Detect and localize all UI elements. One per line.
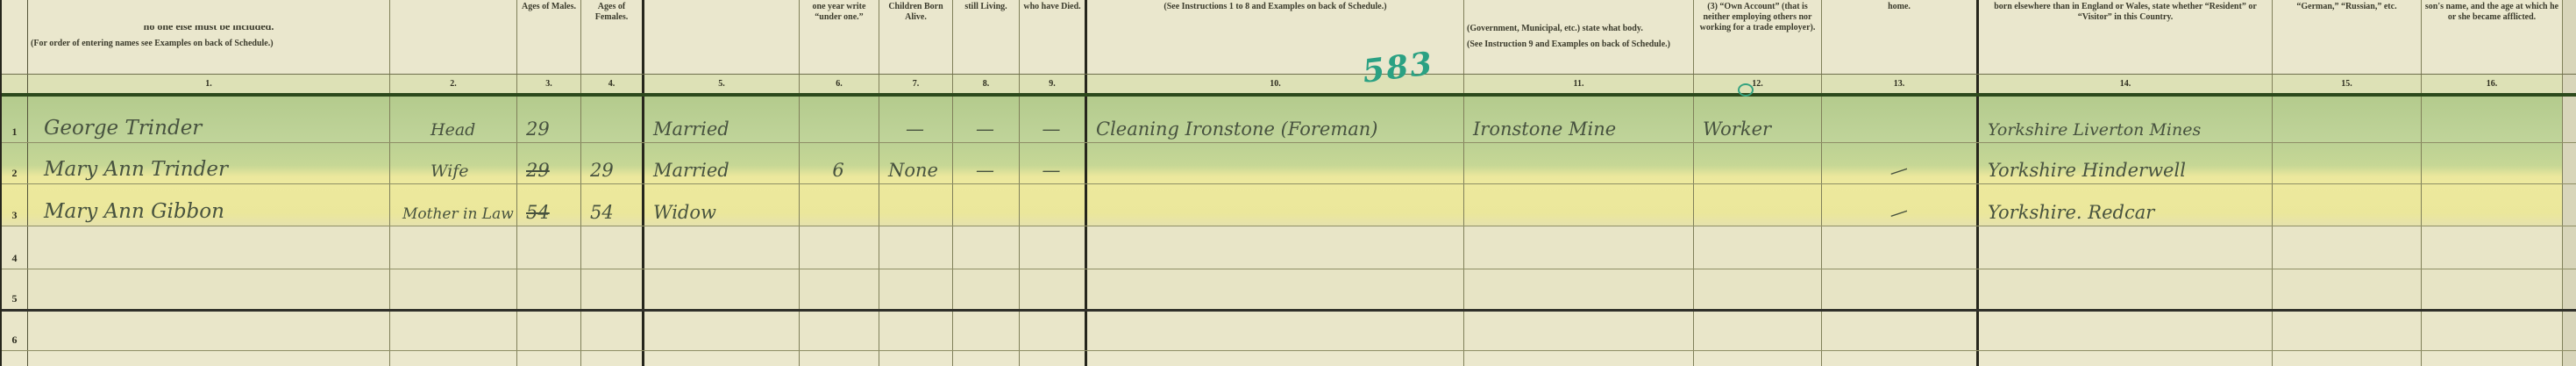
years-married-cell bbox=[800, 97, 879, 142]
birthplace-cell: Yorkshire. Redcar bbox=[1979, 184, 2273, 226]
relation-cell bbox=[390, 312, 517, 350]
name-cell bbox=[28, 312, 390, 350]
colnum-6: 6. bbox=[800, 75, 879, 93]
header-age-females: Ages of Females. bbox=[581, 0, 644, 74]
marital-cell bbox=[644, 226, 800, 269]
page-edge bbox=[2563, 143, 2576, 183]
at-home-cell bbox=[1822, 226, 1979, 269]
industry-cell bbox=[1464, 269, 1694, 309]
marital-cell bbox=[644, 269, 800, 309]
row-number: 6 bbox=[2, 312, 28, 350]
nationality-cell bbox=[2273, 269, 2422, 309]
pen-tick: — bbox=[1886, 199, 1910, 225]
infirmity-cell bbox=[2422, 312, 2563, 350]
children-living-cell bbox=[953, 312, 1020, 350]
years-married-cell bbox=[800, 184, 879, 226]
occupation-cell bbox=[1087, 226, 1464, 269]
colnum-13: 13. bbox=[1822, 75, 1979, 93]
relation-cell bbox=[390, 351, 517, 366]
children-died-cell bbox=[1020, 312, 1087, 350]
years-married-cell: 6 bbox=[800, 143, 879, 183]
at-home-cell: — bbox=[1822, 143, 1979, 183]
employment-cell bbox=[1694, 184, 1822, 226]
nationality-cell bbox=[2273, 351, 2422, 366]
occupation-cell bbox=[1087, 143, 1464, 183]
children-living-cell: — bbox=[953, 143, 1020, 183]
age-females-cell bbox=[581, 226, 644, 269]
header-years-married: one year write “under one.” bbox=[800, 0, 879, 74]
colnum-9: 9. bbox=[1020, 75, 1087, 93]
children-living-cell bbox=[953, 226, 1020, 269]
industry-cell: Ironstone Mine bbox=[1464, 97, 1694, 142]
marital-cell bbox=[644, 351, 800, 366]
relation-cell bbox=[390, 226, 517, 269]
colnum-16: 16. bbox=[2422, 75, 2563, 93]
age-females-cell bbox=[581, 312, 644, 350]
header-nationality: “German,” “Russian,” etc. bbox=[2273, 0, 2422, 74]
page-edge bbox=[2563, 0, 2576, 74]
colnum-5: 5. bbox=[644, 75, 800, 93]
years-married-cell bbox=[800, 269, 879, 309]
nationality-cell bbox=[2273, 97, 2422, 142]
colnum-4: 4. bbox=[581, 75, 644, 93]
colnum-15: 15. bbox=[2273, 75, 2422, 93]
name-cell bbox=[28, 269, 390, 309]
infirmity-cell bbox=[2422, 184, 2563, 226]
name-cell bbox=[28, 226, 390, 269]
census-row-4: 4 bbox=[2, 226, 2576, 269]
checkmark-circle-annotation bbox=[1738, 83, 1754, 97]
age-females-cell: 29 bbox=[581, 143, 644, 183]
occupation-cell bbox=[1087, 351, 1464, 366]
census-row-7-partial bbox=[2, 351, 2576, 366]
page-edge bbox=[2563, 351, 2576, 366]
children-living-cell bbox=[953, 269, 1020, 309]
children-died-cell bbox=[1020, 184, 1087, 226]
page-edge bbox=[2563, 75, 2576, 93]
birthplace-cell bbox=[1979, 351, 2273, 366]
age-males-cell: 29 bbox=[517, 143, 581, 183]
colnum-11: 11. bbox=[1464, 75, 1694, 93]
at-home-cell bbox=[1822, 97, 1979, 142]
infirmity-cell bbox=[2422, 97, 2563, 142]
struck-age: 29 bbox=[526, 160, 550, 181]
page-edge bbox=[2563, 312, 2576, 350]
page-edge bbox=[2563, 97, 2576, 142]
name-cell: Mary Ann Trinder bbox=[28, 143, 390, 183]
header-at-home: home. bbox=[1822, 0, 1979, 74]
relation-cell: Head bbox=[390, 97, 517, 142]
colnum-8: 8. bbox=[953, 75, 1020, 93]
relation-cell: Wife bbox=[390, 143, 517, 183]
children-died-cell bbox=[1020, 269, 1087, 309]
relation-cell bbox=[390, 269, 517, 309]
children-died-cell: — bbox=[1020, 143, 1087, 183]
children-born-cell: — bbox=[879, 97, 953, 142]
column-number-row: 1. 2. 3. 4. 5. 6. 7. 8. 9. 10. 11. 12. 1… bbox=[2, 74, 2576, 97]
pen-tick: — bbox=[1886, 157, 1910, 183]
years-married-cell bbox=[800, 226, 879, 269]
infirmity-cell bbox=[2422, 226, 2563, 269]
birthplace-cell bbox=[1979, 269, 2273, 309]
children-born-cell bbox=[879, 351, 953, 366]
years-married-cell bbox=[800, 351, 879, 366]
employment-cell bbox=[1694, 269, 1822, 309]
header-birthplace: born elsewhere than in England or Wales,… bbox=[1979, 0, 2273, 74]
age-males-cell: 29 bbox=[517, 97, 581, 142]
header-industry-text-2: (See Instruction 9 and Examples on back … bbox=[1467, 39, 1670, 50]
occupation-cell: Cleaning Ironstone (Foreman) bbox=[1087, 97, 1464, 142]
colnum-1: 1. bbox=[28, 75, 390, 93]
children-died-cell bbox=[1020, 351, 1087, 366]
colnum-7: 7. bbox=[879, 75, 953, 93]
children-died-cell: — bbox=[1020, 97, 1087, 142]
header-row: no one else must be included. (For order… bbox=[2, 0, 2576, 74]
birthplace-cell bbox=[1979, 226, 2273, 269]
colnum-2: 2. bbox=[390, 75, 517, 93]
clipped-instruction-text: no one else must be included. bbox=[31, 25, 387, 32]
census-row-5: 5 bbox=[2, 269, 2576, 312]
industry-cell bbox=[1464, 184, 1694, 226]
census-schedule-page: 583 no one else must be included. (For o… bbox=[0, 0, 2576, 366]
age-males-cell bbox=[517, 226, 581, 269]
page-edge bbox=[2563, 226, 2576, 269]
age-males-cell bbox=[517, 269, 581, 309]
nationality-cell bbox=[2273, 226, 2422, 269]
page-edge bbox=[2563, 184, 2576, 226]
employment-cell bbox=[1694, 143, 1822, 183]
birthplace-cell: Yorkshire Hinderwell bbox=[1979, 143, 2273, 183]
header-occupation-text: (See Instructions 1 to 8 and Examples on… bbox=[1163, 2, 1386, 12]
header-marital bbox=[644, 0, 800, 74]
header-relation bbox=[390, 0, 517, 74]
birthplace-cell: Yorkshire Liverton Mines bbox=[1979, 97, 2273, 142]
marital-cell: Married bbox=[644, 97, 800, 142]
page-edge bbox=[2563, 269, 2576, 309]
header-children-born: Children Born Alive. bbox=[879, 0, 953, 74]
colnum-3: 3. bbox=[517, 75, 581, 93]
children-born-cell bbox=[879, 184, 953, 226]
at-home-cell: — bbox=[1822, 184, 1979, 226]
age-males-cell bbox=[517, 351, 581, 366]
colnum-14: 14. bbox=[1979, 75, 2273, 93]
infirmity-cell bbox=[2422, 351, 2563, 366]
header-name-text: (For order of entering names see Example… bbox=[31, 39, 274, 49]
employment-cell bbox=[1694, 226, 1822, 269]
industry-cell bbox=[1464, 226, 1694, 269]
struck-age: 54 bbox=[526, 202, 550, 223]
occupation-cell bbox=[1087, 269, 1464, 309]
row-number: 4 bbox=[2, 226, 28, 269]
children-born-cell bbox=[879, 226, 953, 269]
infirmity-cell bbox=[2422, 269, 2563, 309]
clipped-instruction-fragment: no one else must be included. bbox=[31, 25, 387, 33]
age-females-cell bbox=[581, 351, 644, 366]
census-row-6: 6 bbox=[2, 312, 2576, 351]
census-row-3: 3 Mary Ann Gibbon Mother in Law 54 54 Wi… bbox=[2, 184, 2576, 226]
row-number: 3 bbox=[2, 184, 28, 226]
industry-cell bbox=[1464, 312, 1694, 350]
name-cell: Mary Ann Gibbon bbox=[28, 184, 390, 226]
occupation-cell bbox=[1087, 312, 1464, 350]
row-number: 2 bbox=[2, 143, 28, 183]
colnum-blank bbox=[2, 75, 28, 93]
nationality-cell bbox=[2273, 312, 2422, 350]
at-home-cell bbox=[1822, 312, 1979, 350]
children-living-cell bbox=[953, 184, 1020, 226]
age-males-cell bbox=[517, 312, 581, 350]
age-females-cell bbox=[581, 97, 644, 142]
header-name: no one else must be included. (For order… bbox=[28, 0, 390, 74]
colnum-12: 12. bbox=[1694, 75, 1822, 93]
children-born-cell bbox=[879, 269, 953, 309]
header-industry: (Government, Municipal, etc.) state what… bbox=[1464, 0, 1694, 74]
age-males-cell: 54 bbox=[517, 184, 581, 226]
birthplace-cell bbox=[1979, 312, 2273, 350]
header-infirmity: son's name, and the age at which he or s… bbox=[2422, 0, 2563, 74]
header-employment: (3) “Own Account” (that is neither emplo… bbox=[1694, 0, 1822, 74]
infirmity-cell bbox=[2422, 143, 2563, 183]
marital-cell bbox=[644, 312, 800, 350]
header-children-living: still Living. bbox=[953, 0, 1020, 74]
relation-cell: Mother in Law bbox=[390, 184, 517, 226]
census-row-1: 1 George Trinder Head 29 Married — — — C… bbox=[2, 97, 2576, 143]
row-number bbox=[2, 351, 28, 366]
occupation-cell bbox=[1087, 184, 1464, 226]
census-row-2: 2 Mary Ann Trinder Wife 29 29 Married 6 … bbox=[2, 143, 2576, 184]
children-living-cell bbox=[953, 351, 1020, 366]
name-cell bbox=[28, 351, 390, 366]
age-females-cell bbox=[581, 269, 644, 309]
children-born-cell: None bbox=[879, 143, 953, 183]
marital-cell: Married bbox=[644, 143, 800, 183]
years-married-cell bbox=[800, 312, 879, 350]
at-home-cell bbox=[1822, 269, 1979, 309]
row-number: 5 bbox=[2, 269, 28, 309]
industry-cell bbox=[1464, 351, 1694, 366]
children-born-cell bbox=[879, 312, 953, 350]
industry-cell bbox=[1464, 143, 1694, 183]
marital-cell: Widow bbox=[644, 184, 800, 226]
header-industry-text-1: (Government, Municipal, etc.) state what… bbox=[1467, 24, 1643, 34]
nationality-cell bbox=[2273, 184, 2422, 226]
children-died-cell bbox=[1020, 226, 1087, 269]
row-number: 1 bbox=[2, 97, 28, 142]
at-home-cell bbox=[1822, 351, 1979, 366]
employment-cell bbox=[1694, 312, 1822, 350]
employment-cell bbox=[1694, 351, 1822, 366]
age-females-cell: 54 bbox=[581, 184, 644, 226]
header-children-died: who have Died. bbox=[1020, 0, 1087, 74]
employment-cell: Worker bbox=[1694, 97, 1822, 142]
name-cell: George Trinder bbox=[28, 97, 390, 142]
nationality-cell bbox=[2273, 143, 2422, 183]
row-number-header bbox=[2, 0, 28, 74]
header-age-males: Ages of Males. bbox=[517, 0, 581, 74]
children-living-cell: — bbox=[953, 97, 1020, 142]
